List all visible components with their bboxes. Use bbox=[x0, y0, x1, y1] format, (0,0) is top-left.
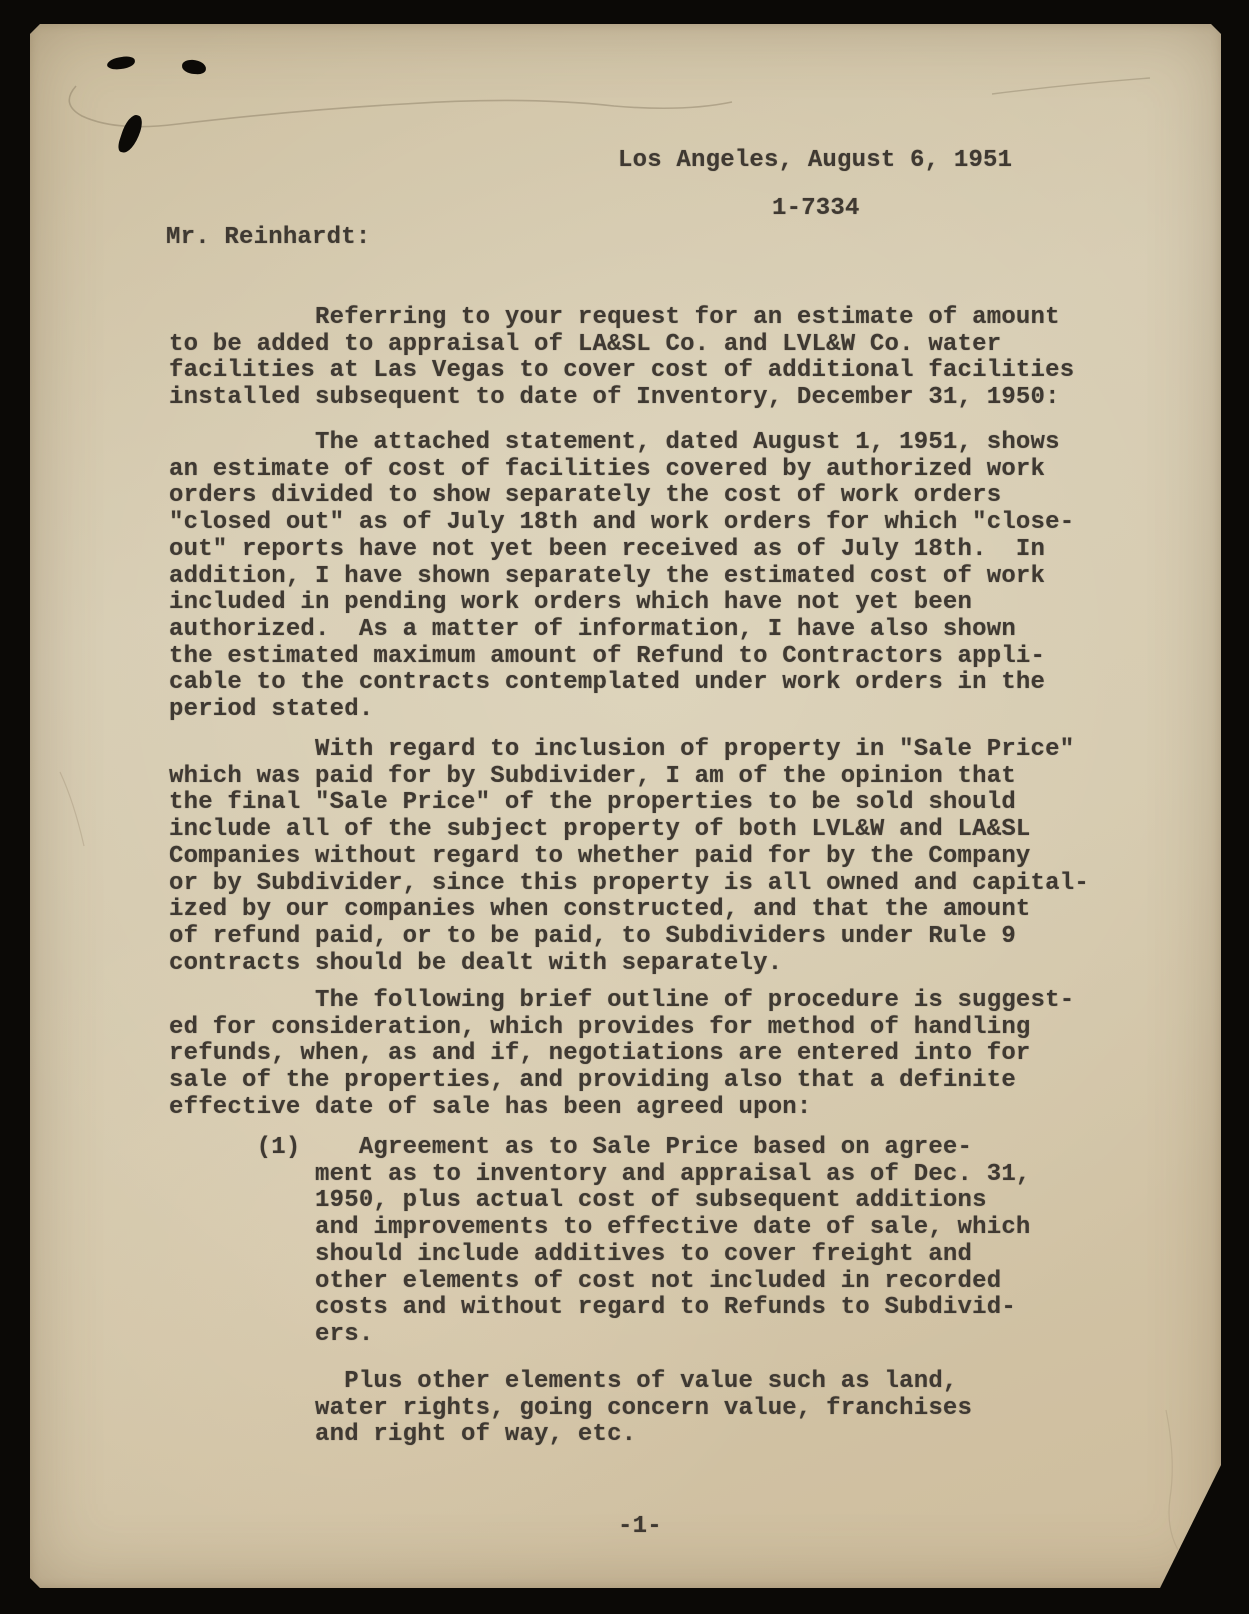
paragraph-3: With regard to inclusion of property in … bbox=[169, 737, 1089, 977]
paragraph-4: The following brief outline of procedure… bbox=[169, 988, 1074, 1122]
paragraph-1: Referring to your request for an estimat… bbox=[169, 305, 1074, 412]
scan-background: { "colors": { "background": "#0b0906", "… bbox=[0, 0, 1249, 1614]
tear-hole-mark bbox=[116, 112, 145, 155]
file-number: 1-7334 bbox=[772, 196, 860, 223]
punch-hole-mark-1 bbox=[106, 56, 135, 71]
salutation: Mr. Reinhardt: bbox=[166, 225, 370, 252]
punch-hole-mark-2 bbox=[182, 59, 207, 75]
paragraph-2: The attached statement, dated August 1, … bbox=[169, 430, 1074, 724]
page-number: -1- bbox=[618, 1514, 662, 1541]
list-item-1: (1) Agreement as to Sale Price based on … bbox=[169, 1135, 1031, 1349]
dateline: Los Angeles, August 6, 1951 bbox=[618, 148, 1012, 175]
list-item-1-continuation: Plus other elements of value such as lan… bbox=[169, 1369, 972, 1449]
letter-page: Los Angeles, August 6, 1951 1-7334 Mr. R… bbox=[30, 24, 1221, 1588]
